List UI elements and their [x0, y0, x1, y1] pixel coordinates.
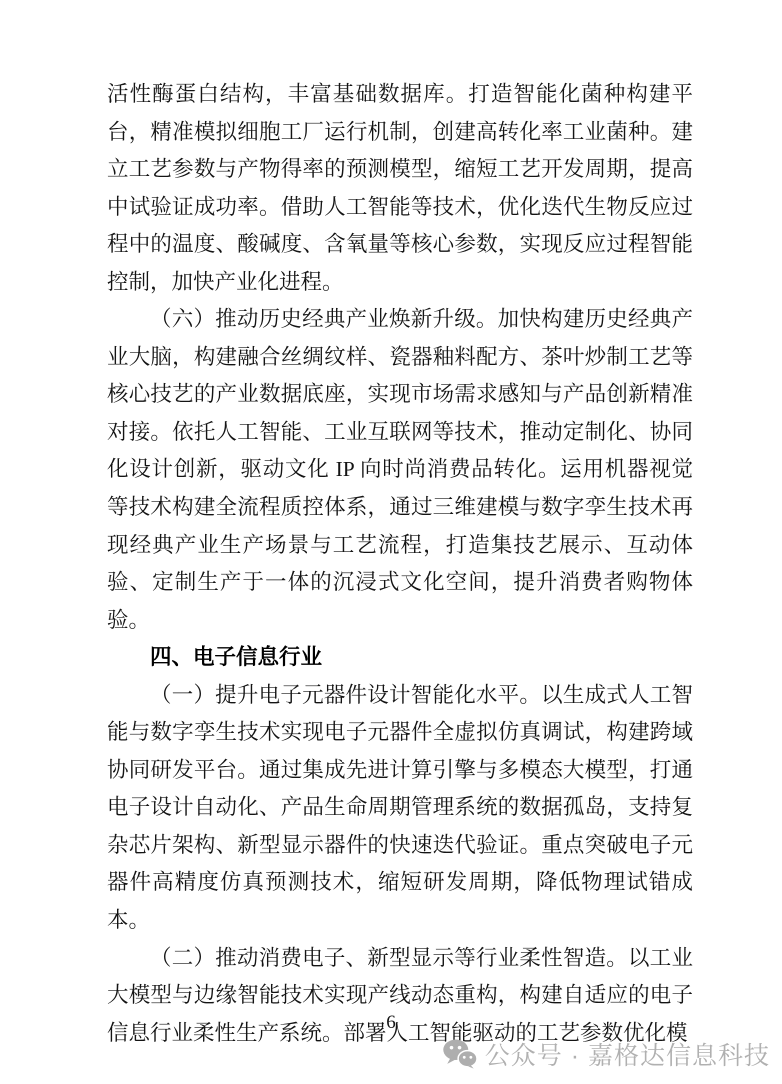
watermark: 公众号 · 嘉格达信息科技 — [443, 1036, 770, 1072]
section-heading: 四、电子信息行业 — [107, 639, 693, 677]
body-paragraph: 活性酶蛋白结构，丰富基础数据库。打造智能化菌种构建平台，精准模拟细胞工厂运行机制… — [107, 76, 693, 301]
document-page: 活性酶蛋白结构，丰富基础数据库。打造智能化菌种构建平台，精准模拟细胞工厂运行机制… — [0, 0, 782, 1084]
document-body: 活性酶蛋白结构，丰富基础数据库。打造智能化菌种构建平台，精准模拟细胞工厂运行机制… — [107, 76, 693, 1052]
watermark-text: 公众号 · 嘉格达信息科技 — [485, 1036, 770, 1072]
body-paragraph: （一）提升电子元器件设计智能化水平。以生成式人工智能与数字孪生技术实现电子元器件… — [107, 677, 693, 940]
page-number: 6 — [0, 1012, 782, 1034]
body-paragraph: （六）推动历史经典产业焕新升级。加快构建历史经典产业大脑，构建融合丝绸纹样、瓷器… — [107, 301, 693, 639]
wechat-icon — [443, 1039, 477, 1069]
